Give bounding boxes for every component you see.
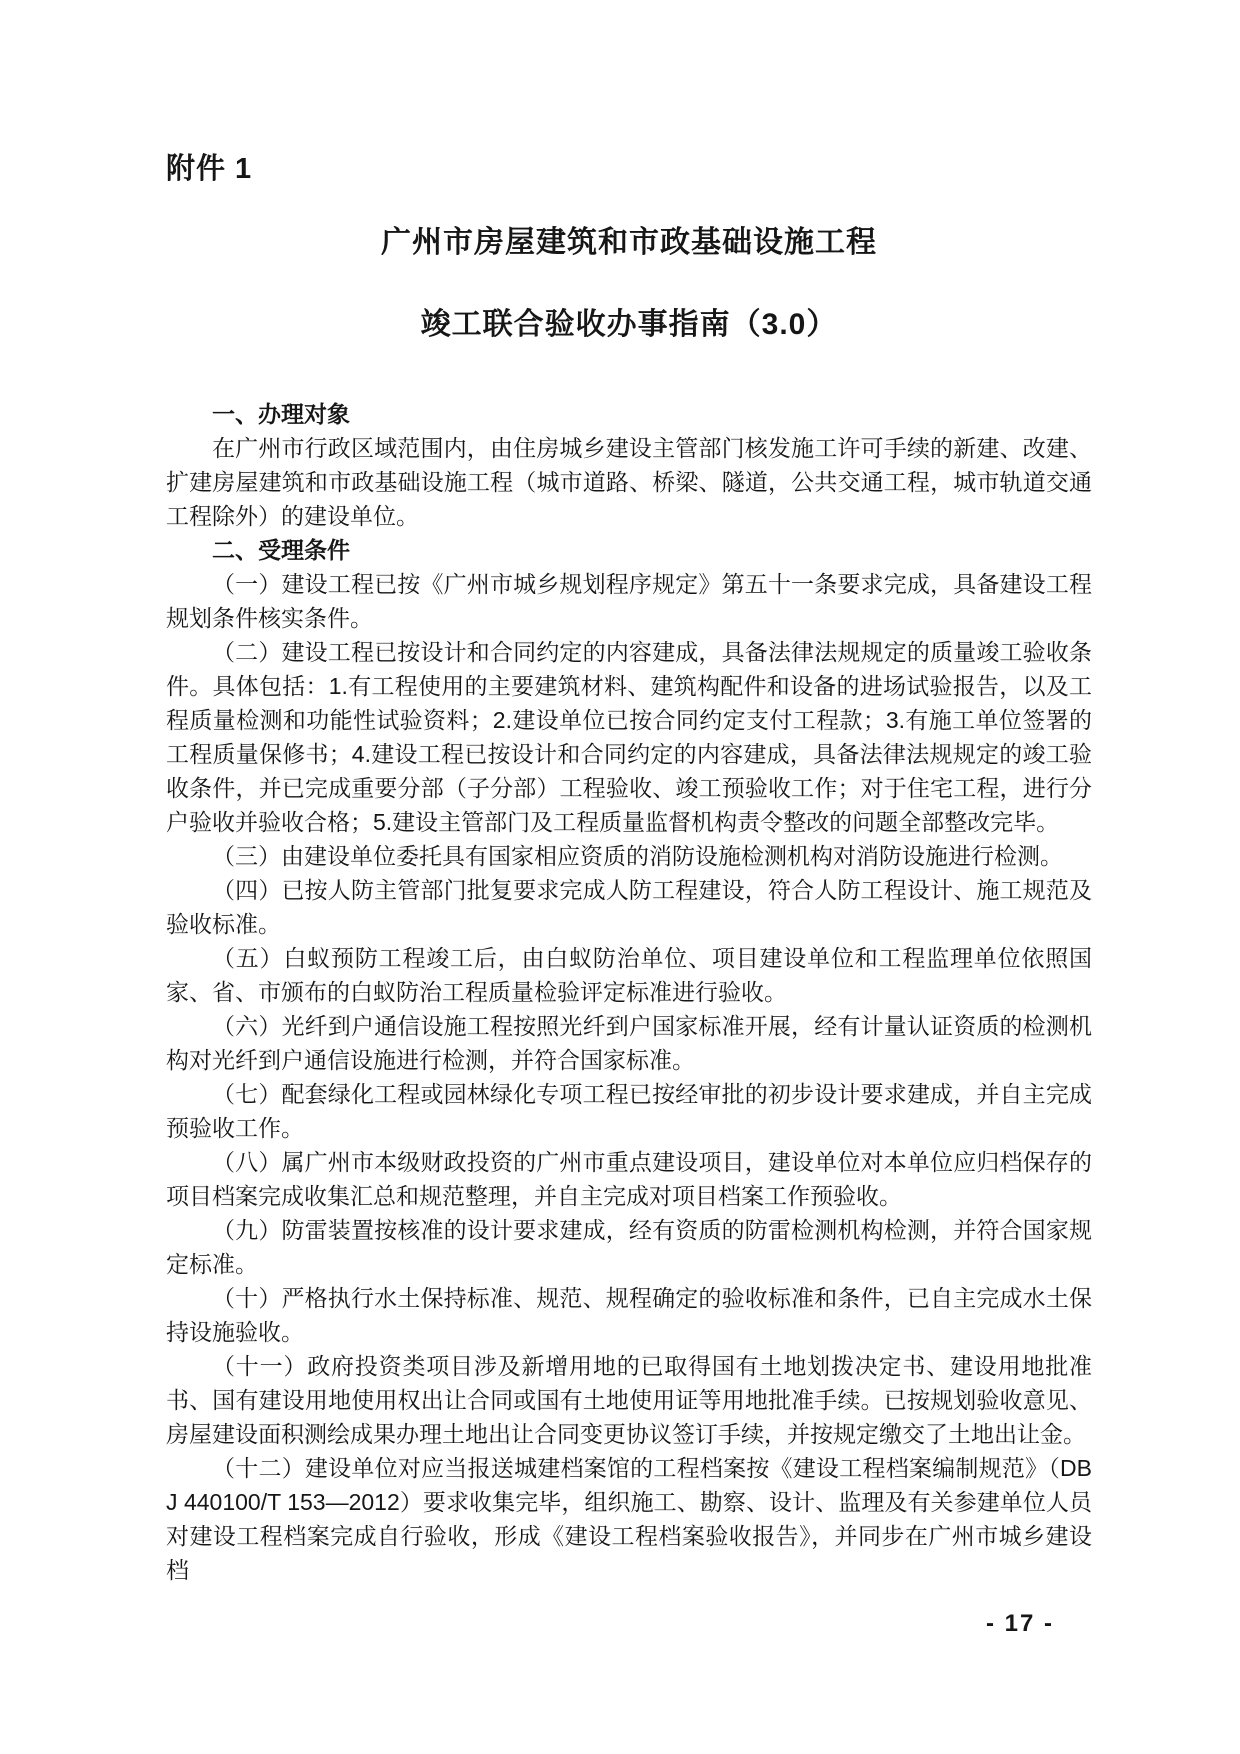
attachment-label: 附件 1 — [166, 0, 1092, 187]
paragraph: （二）建设工程已按设计和合同约定的内容建成，具备法律法规规定的质量竣工验收条件。… — [166, 635, 1092, 839]
document-page: { "doc": { "attachment_label": "附件 1", "… — [0, 0, 1240, 1754]
section-heading-1: 一、办理对象 — [166, 397, 1092, 431]
document-body: 一、办理对象 在广州市行政区域范围内，由住房城乡建设主管部门核发施工许可手续的新… — [166, 397, 1092, 1587]
paragraph: （一）建设工程已按《广州市城乡规划程序规定》第五十一条要求完成，具备建设工程规划… — [166, 567, 1092, 635]
paragraph: （七）配套绿化工程或园林绿化专项工程已按经审批的初步设计要求建成，并自主完成预验… — [166, 1077, 1092, 1145]
paragraph: （四）已按人防主管部门批复要求完成人防工程建设，符合人防工程设计、施工规范及验收… — [166, 873, 1092, 941]
paragraph: （三）由建设单位委托具有国家相应资质的消防设施检测机构对消防设施进行检测。 — [166, 839, 1092, 873]
paragraph: （六）光纤到户通信设施工程按照光纤到户国家标准开展，经有计量认证资质的检测机构对… — [166, 1009, 1092, 1077]
paragraph: （五）白蚁预防工程竣工后，由白蚁防治单位、项目建设单位和工程监理单位依照国家、省… — [166, 941, 1092, 1009]
paragraph: （九）防雷装置按核准的设计要求建成，经有资质的防雷检测机构检测，并符合国家规定标… — [166, 1213, 1092, 1281]
document-title-line1: 广州市房屋建筑和市政基础设施工程 — [166, 217, 1092, 261]
page-content: 附件 1 广州市房屋建筑和市政基础设施工程 竣工联合验收办事指南（3.0） 一、… — [166, 0, 1092, 1587]
paragraph: （八）属广州市本级财政投资的广州市重点建设项目，建设单位对本单位应归档保存的项目… — [166, 1145, 1092, 1213]
page-number: - 17 - — [986, 1610, 1054, 1638]
paragraph: 在广州市行政区域范围内，由住房城乡建设主管部门核发施工许可手续的新建、改建、扩建… — [166, 431, 1092, 533]
paragraph: （十）严格执行水土保持标准、规范、规程确定的验收标准和条件，已自主完成水土保持设… — [166, 1281, 1092, 1349]
paragraph: （十二）建设单位对应当报送城建档案馆的工程档案按《建设工程档案编制规范》（DBJ… — [166, 1451, 1092, 1587]
paragraph: （十一）政府投资类项目涉及新增用地的已取得国有土地划拨决定书、建设用地批准书、国… — [166, 1349, 1092, 1451]
document-title-line2: 竣工联合验收办事指南（3.0） — [166, 299, 1092, 343]
section-heading-2: 二、受理条件 — [166, 533, 1092, 567]
